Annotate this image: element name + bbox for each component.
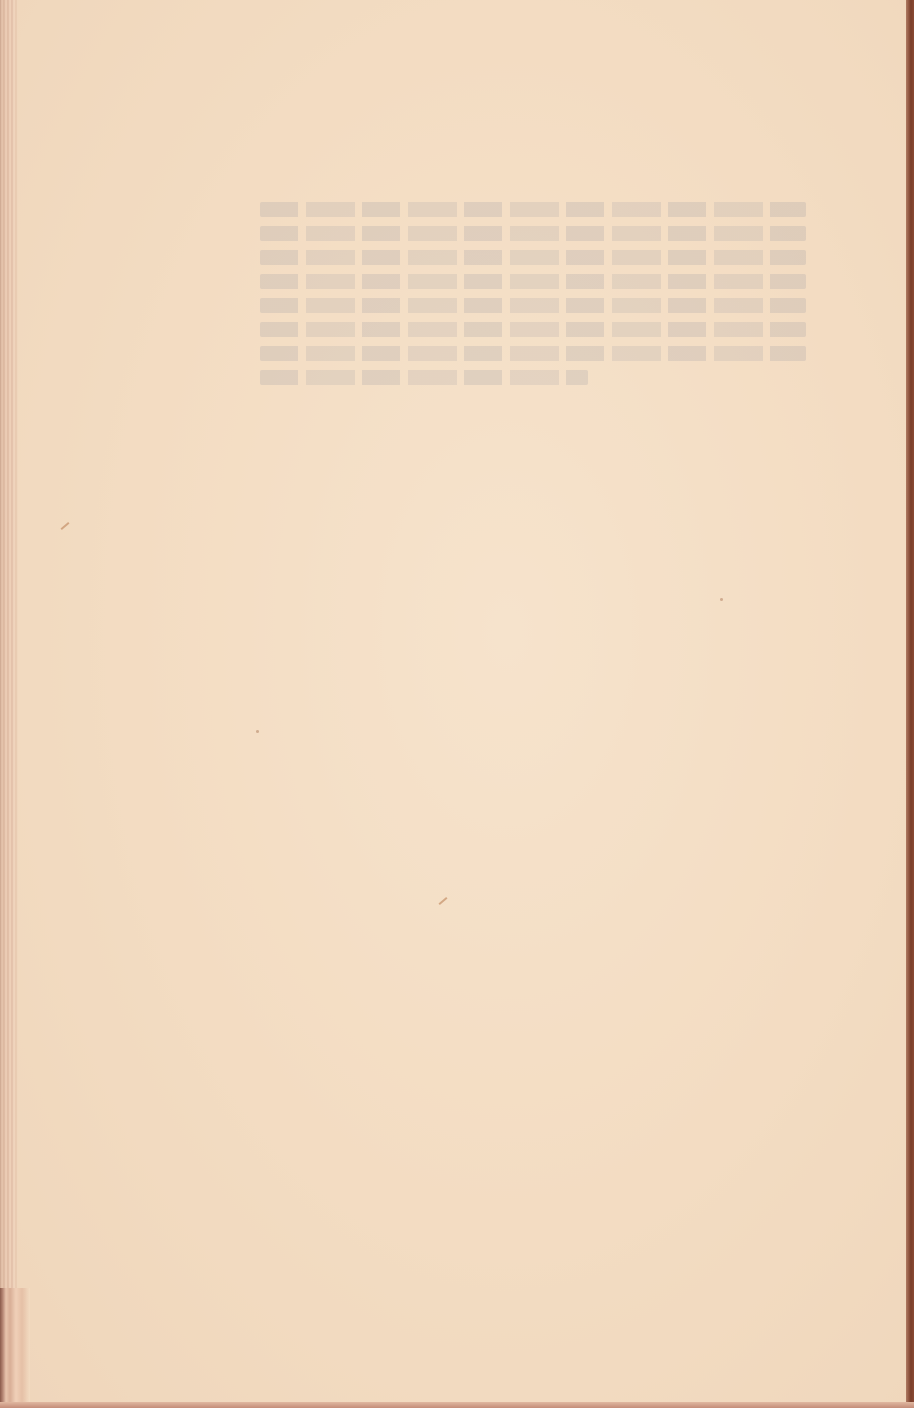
bottom-page-edge [0,1402,914,1408]
bleed-through-line [260,226,806,241]
paper-fleck [439,897,448,905]
bleed-through-line [260,322,806,337]
bleed-through-line [260,250,806,265]
bleed-through-line [260,202,806,217]
page-edge-corner [0,1288,30,1408]
paper-fleck [61,522,70,530]
stacked-page-edges [0,0,18,1408]
blank-book-page [18,0,908,1402]
paper-speck [720,598,723,601]
bleed-through-line [260,298,806,313]
bleed-through-text-block [260,202,806,394]
scanned-page [0,0,914,1408]
bleed-through-line [260,346,806,361]
bleed-through-line [260,274,806,289]
paper-speck [256,730,259,733]
binding-edge [906,0,914,1408]
bleed-through-line [260,370,588,385]
